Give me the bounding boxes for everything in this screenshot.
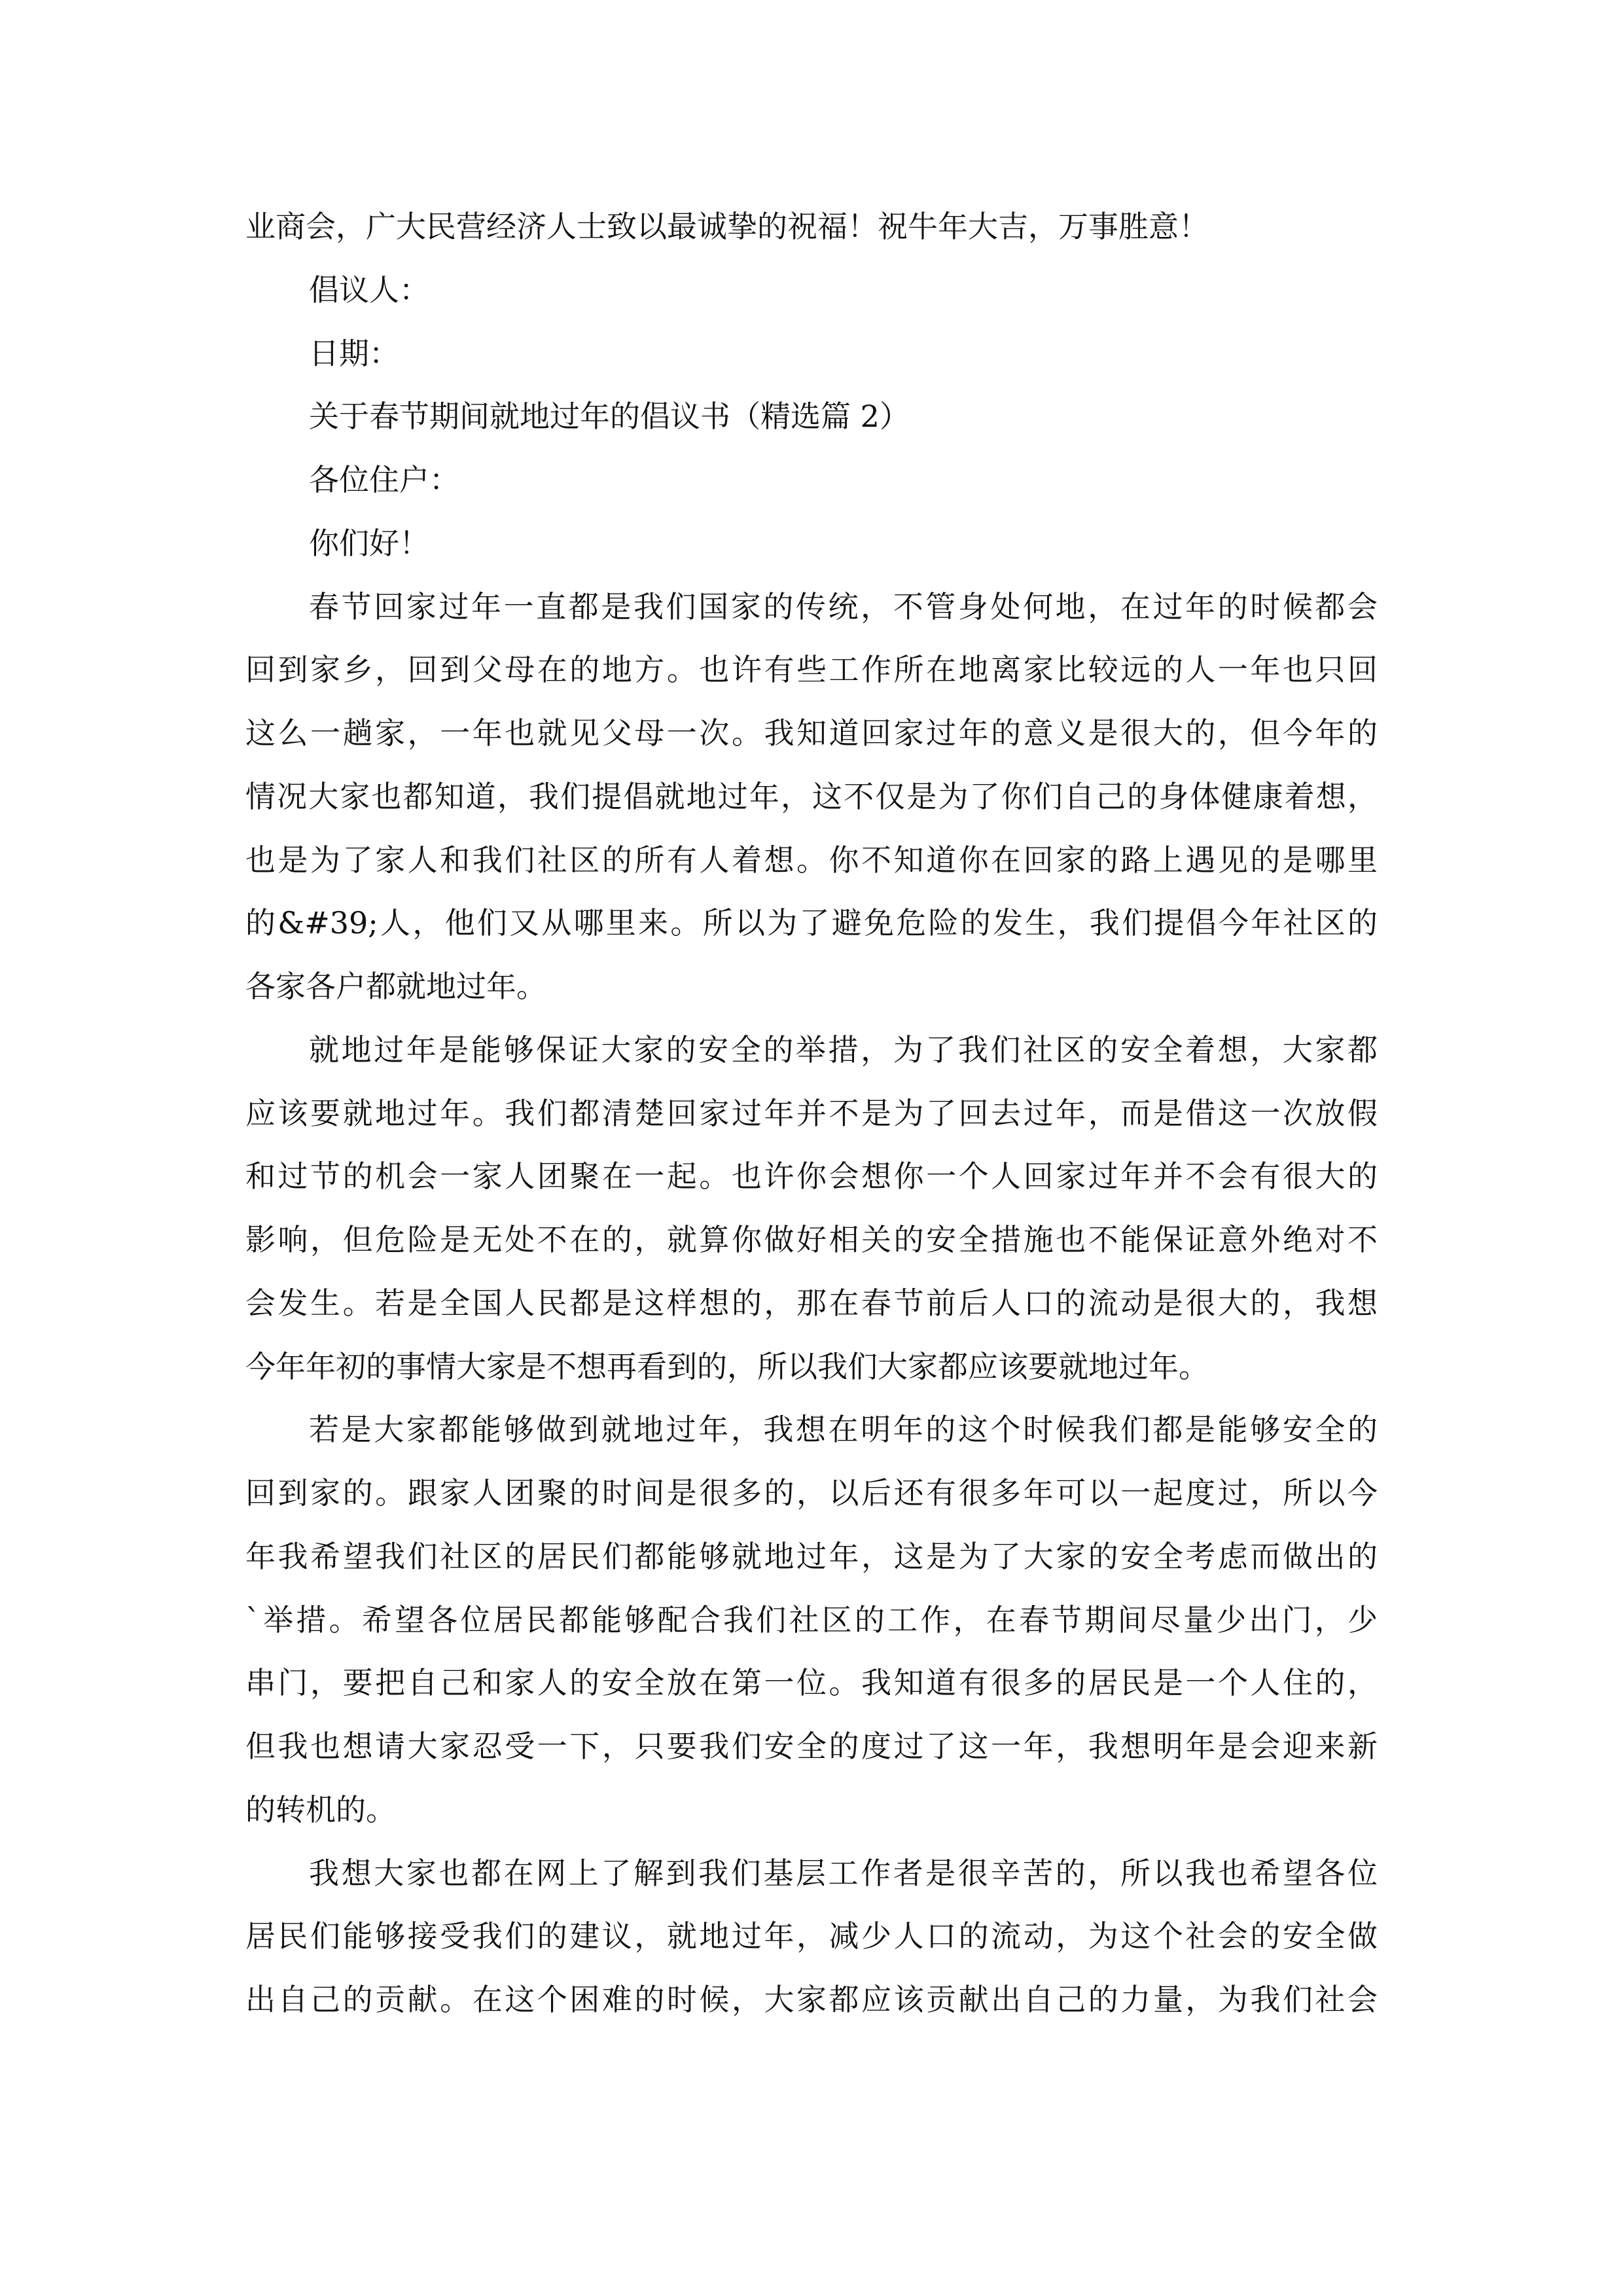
paragraph-2-line: 影响，但危险是无处不在的，就算你做好相关的安全措施也不能保证意外绝对不 xyxy=(245,1220,1378,1259)
paragraph-3-line: 串门，要把自己和家人的安全放在第一位。我知道有很多的居民是一个人住的， xyxy=(245,1663,1378,1702)
paragraph-3-line: 的转机的。 xyxy=(245,1790,1378,1829)
paragraph-2-line: 就地过年是能够保证大家的安全的举措，为了我们社区的安全着想，大家都 xyxy=(309,1030,1378,1069)
paragraph-1-line: 情况大家也都知道，我们提倡就地过年，这不仅是为了你们自己的身体健康着想， xyxy=(245,777,1378,816)
paragraph-1-line: 的&#39;人，他们又从哪里来。所以为了避免危险的发生，我们提倡今年社区的 xyxy=(245,903,1378,942)
paragraph-4-line: 出自己的贡献。在这个困难的时候，大家都应该贡献出自己的力量，为我们社会 xyxy=(245,1980,1378,2019)
paragraph-3-line: 但我也想请大家忍受一下，只要我们安全的度过了这一年，我想明年是会迎来新 xyxy=(245,1727,1378,1766)
paragraph-4-line: 我想大家也都在网上了解到我们基层工作者是很辛苦的，所以我也希望各位 xyxy=(309,1854,1378,1893)
text-line-closing-greeting: 业商会，广大民营经济人士致以最诚挚的祝福！祝牛年大吉，万事胜意！ xyxy=(245,207,1378,246)
text-line-initiator-label: 倡议人： xyxy=(309,270,1441,310)
paragraph-3-line: 若是大家都能够做到就地过年，我想在明年的这个时候我们都是能够安全的 xyxy=(309,1410,1378,1449)
paragraph-3-line: 年我希望我们社区的居民们都能够就地过年，这是为了大家的安全考虑而做出的 xyxy=(245,1537,1378,1576)
text-line-date-label: 日期： xyxy=(309,334,1441,373)
text-line-greeting: 你们好！ xyxy=(309,524,1441,563)
paragraph-3-line: `举措。希望各位居民都能够配合我们社区的工作，在春节期间尽量少出门，少 xyxy=(245,1600,1378,1640)
paragraph-1-line: 各家各户都就地过年。 xyxy=(245,967,1378,1006)
paragraph-2-line: 会发生。若是全国人民都是这样想的，那在春节前后人口的流动是很大的，我想 xyxy=(245,1283,1378,1323)
paragraph-2-line: 应该要就地过年。我们都清楚回家过年并不是为了回去过年，而是借这一次放假 xyxy=(245,1094,1378,1133)
paragraph-1-line: 回到家乡，回到父母在的地方。也许有些工作所在地离家比较远的人一年也只回 xyxy=(245,650,1378,689)
document-page: 业商会，广大民营经济人士致以最诚挚的祝福！祝牛年大吉，万事胜意！ 倡议人： 日期… xyxy=(0,0,1623,2296)
text-line-salutation: 各位住户： xyxy=(309,460,1441,499)
paragraph-2-line: 和过节的机会一家人团聚在一起。也许你会想你一个人回家过年并不会有很大的 xyxy=(245,1157,1378,1196)
paragraph-4-line: 居民们能够接受我们的建议，就地过年，减少人口的流动，为这个社会的安全做 xyxy=(245,1916,1378,1956)
paragraph-2-line: 今年年初的事情大家是不想再看到的，所以我们大家都应该要就地过年。 xyxy=(245,1347,1378,1386)
section-title: 关于春节期间就地过年的倡议书（精选篇 2） xyxy=(309,397,1441,436)
paragraph-1-line: 也是为了家人和我们社区的所有人着想。你不知道你在回家的路上遇见的是哪里 xyxy=(245,840,1378,880)
paragraph-1-line: 这么一趟家，一年也就见父母一次。我知道回家过年的意义是很大的，但今年的 xyxy=(245,713,1378,753)
paragraph-1-line: 春节回家过年一直都是我们国家的传统，不管身处何地，在过年的时候都会 xyxy=(309,587,1378,626)
paragraph-3-line: 回到家的。跟家人团聚的时间是很多的，以后还有很多年可以一起度过，所以今 xyxy=(245,1473,1378,1513)
